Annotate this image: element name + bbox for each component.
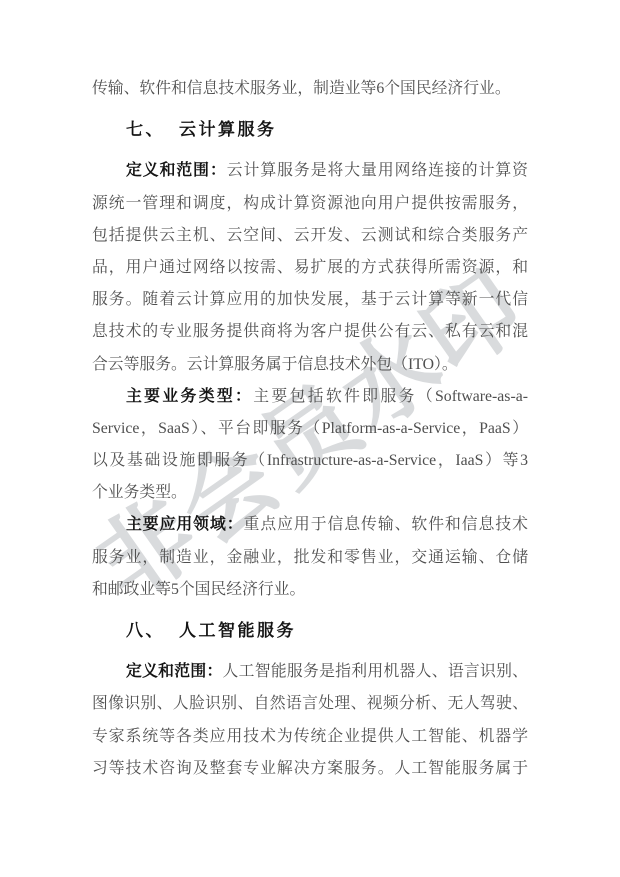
text-run: Service，SaaS）、平台即服务（Platform-as-a-Servic…	[92, 420, 528, 437]
text-run: 服务。随着云计算应用的加快发展，基于云计算等新一代信	[92, 291, 528, 308]
bold-lead-in: 定义和范围：	[126, 162, 227, 179]
text-run: 源统一管理和调度，构成计算资源池向用户提供按需服务，	[92, 195, 528, 212]
text-run: 习等技术咨询及整套专业解决方案服务。人工智能服务属于	[92, 760, 528, 777]
text-run: 重点应用于信息传输、软件和信息技术	[244, 516, 528, 533]
text-line: Service，SaaS）、平台即服务（Platform-as-a-Servic…	[92, 413, 528, 445]
text-line: 主要应用领域：重点应用于信息传输、软件和信息技术	[92, 509, 528, 541]
text-run: 个业务类型。	[92, 484, 187, 501]
bold-lead-in: 主要业务类型：	[126, 388, 253, 405]
text-line: 以及基础设施即服务（Infrastructure-as-a-Service，Ia…	[92, 445, 528, 477]
section-heading: 七、云计算服务	[92, 114, 528, 146]
text-run: 云计算服务是将大量用网络连接的计算资	[227, 162, 528, 179]
text-line: 图像识别、人脸识别、自然语言处理、视频分析、无人驾驶、	[92, 688, 528, 720]
text-line: 合云等服务。云计算服务属于信息技术外包（ITO）。	[92, 349, 528, 381]
text-run: 息技术的专业服务提供商将为客户提供公有云、私有云和混	[92, 323, 528, 340]
text-run: 以及基础设施即服务（Infrastructure-as-a-Service，Ia…	[92, 452, 528, 469]
bold-lead-in: 主要应用领域：	[126, 516, 244, 533]
text-run: 图像识别、人脸识别、自然语言处理、视频分析、无人驾驶、	[92, 695, 528, 712]
text-line: 专家系统等各类应用技术为传统企业提供人工智能、机器学	[92, 721, 528, 753]
text-line: 传输、软件和信息技术服务业，制造业等6个国民经济行业。	[92, 73, 528, 105]
text-line: 服务业，制造业，金融业，批发和零售业，交通运输、仓储	[92, 542, 528, 574]
heading-number: 八、	[126, 621, 165, 640]
text-line: 包括提供云主机、云空间、云开发、云测试和综合类服务产	[92, 220, 528, 252]
text-line: 定义和范围：人工智能服务是指利用机器人、语言识别、	[92, 656, 528, 688]
document-page: 非会员水印 传输、软件和信息技术服务业，制造业等6个国民经济行业。七、云计算服务…	[0, 0, 620, 877]
bold-lead-in: 定义和范围：	[126, 663, 223, 680]
heading-number: 七、	[126, 120, 165, 139]
section-heading: 八、人工智能服务	[92, 615, 528, 647]
text-run: 人工智能服务是指利用机器人、语言识别、	[223, 663, 528, 680]
document-body: 传输、软件和信息技术服务业，制造业等6个国民经济行业。七、云计算服务定义和范围：…	[92, 73, 528, 785]
text-run: 包括提供云主机、云空间、云开发、云测试和综合类服务产	[92, 227, 528, 244]
text-run: 专家系统等各类应用技术为传统企业提供人工智能、机器学	[92, 728, 528, 745]
text-line: 服务。随着云计算应用的加快发展，基于云计算等新一代信	[92, 284, 528, 316]
text-run: 服务业，制造业，金融业，批发和零售业，交通运输、仓储	[92, 549, 528, 566]
text-line: 个业务类型。	[92, 477, 528, 509]
text-run: 合云等服务。云计算服务属于信息技术外包（ITO）。	[92, 356, 458, 373]
text-line: 习等技术咨询及整套专业解决方案服务。人工智能服务属于	[92, 753, 528, 785]
text-line: 定义和范围：云计算服务是将大量用网络连接的计算资	[92, 155, 528, 187]
text-run: 主要包括软件即服务（Software-as-a-	[253, 388, 528, 405]
text-run: 品，用户通过网络以按需、易扩展的方式获得所需资源，和	[92, 259, 528, 276]
heading-title: 人工智能服务	[179, 621, 296, 640]
text-line: 息技术的专业服务提供商将为客户提供公有云、私有云和混	[92, 316, 528, 348]
text-line: 品，用户通过网络以按需、易扩展的方式获得所需资源，和	[92, 252, 528, 284]
text-line: 源统一管理和调度，构成计算资源池向用户提供按需服务，	[92, 188, 528, 220]
text-run: 传输、软件和信息技术服务业，制造业等6个国民经济行业。	[92, 80, 511, 97]
text-run: 和邮政业等5个国民经济行业。	[92, 581, 305, 598]
text-line: 主要业务类型：主要包括软件即服务（Software-as-a-	[92, 381, 528, 413]
heading-title: 云计算服务	[179, 120, 277, 139]
text-line: 和邮政业等5个国民经济行业。	[92, 574, 528, 606]
